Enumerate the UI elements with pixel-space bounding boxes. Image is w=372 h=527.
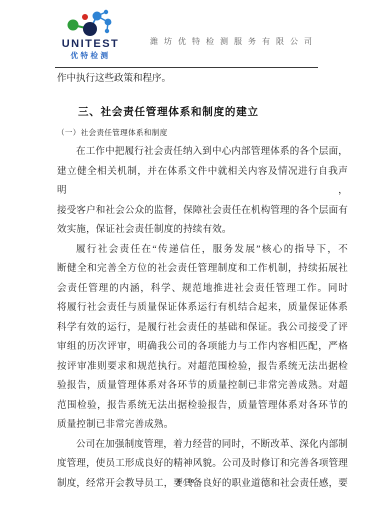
paragraph-line: 断健全和完善全方位的社会责任管理制度和工作机制，持续拓展社 [57,260,348,280]
paragraph-line: 会责任管理的内涵，科学、规范地推进社会责任管理工作。同时 [57,280,348,300]
paragraph-line: 审组的历次评审，明确我公司的各项能力与工作内容相匹配，严格 [57,338,348,358]
section-heading: 三、社会责任管理体系和制度的建立 [57,106,348,120]
paragraph: 履行社会责任在“传递信任，服务发展”核心的指导下，不断健全和完善全方位的社会责任… [57,241,348,436]
header-divider [55,67,318,68]
company-logo: UNITEST 优特检测 [55,9,126,60]
paragraph-line: 公司在加强制度管理，着力经营的同时，不断改革、深化内部制 [57,436,348,456]
company-name: 潍坊优特检测服务有限公司 [150,36,318,47]
document-body: 作中执行这些政策和程序。 三、社会责任管理体系和制度的建立 （一）社会责任管理体… [57,73,348,494]
document-page: UNITEST 优特检测 潍坊优特检测服务有限公司 作中执行这些政策和程序。 三… [0,0,372,527]
paragraph-line: 度管理，使员工形成良好的精神风貌。公司及时修订和完善各项管理 [57,455,348,475]
paragraph-line: 验报告，质量管理体系对各环节的质量控制已非常完善成熟。对超 [57,377,348,397]
paragraph-line: 接受客户和社会公众的监督，保障社会责任在机构管理的各个层面有 [57,202,348,222]
page-number: 6 / 10 [0,479,372,485]
paragraph-line: 范围检验，报告系统无法出据检验报告，质量管理体系对各环节的 [57,397,348,417]
section-subheading: （一）社会责任管理体系和制度 [57,128,348,138]
paragraph-line: 将履行社会责任与质量保证体系运行有机结合起来，质量保证体系 [57,299,348,319]
molecule-icon [65,9,117,39]
paragraph-line: 按评审准则要求和规范执行。对超范围检验，报告系统无法出据检 [57,358,348,378]
paragraph-line: 在工作中把履行社会责任纳入到中心内部管理体系的各个层面， [57,143,348,163]
paragraph: 在工作中把履行社会责任纳入到中心内部管理体系的各个层面，建立健全相关机制，并在体… [57,143,348,241]
paragraph-line: 履行社会责任在“传递信任，服务发展”核心的指导下，不 [57,241,348,261]
paragraph-line: 科学有效的运行，是履行社会责任的基础和保证。我公司接受了评 [57,319,348,339]
paragraph: 公司在加强制度管理，着力经营的同时，不断改革、深化内部制度管理，使员工形成良好的… [57,436,348,495]
paragraph-line: 质量控制已非常完善成熟。 [57,416,348,436]
paragraphs: 在工作中把履行社会责任纳入到中心内部管理体系的各个层面，建立健全相关机制，并在体… [57,143,348,494]
page-header: UNITEST 优特检测 潍坊优特检测服务有限公司 [55,9,318,68]
brand-name-cn: 优特检测 [55,51,126,60]
paragraph-line: 效实施，保证社会责任制度的持续有效。 [57,221,348,241]
paragraph-line: 建立健全相关机制，并在体系文件中就相关内容及情况进行自我声明， [57,163,348,202]
continuation-line: 作中执行这些政策和程序。 [57,73,348,86]
brand-name-en: UNITEST [55,39,126,50]
